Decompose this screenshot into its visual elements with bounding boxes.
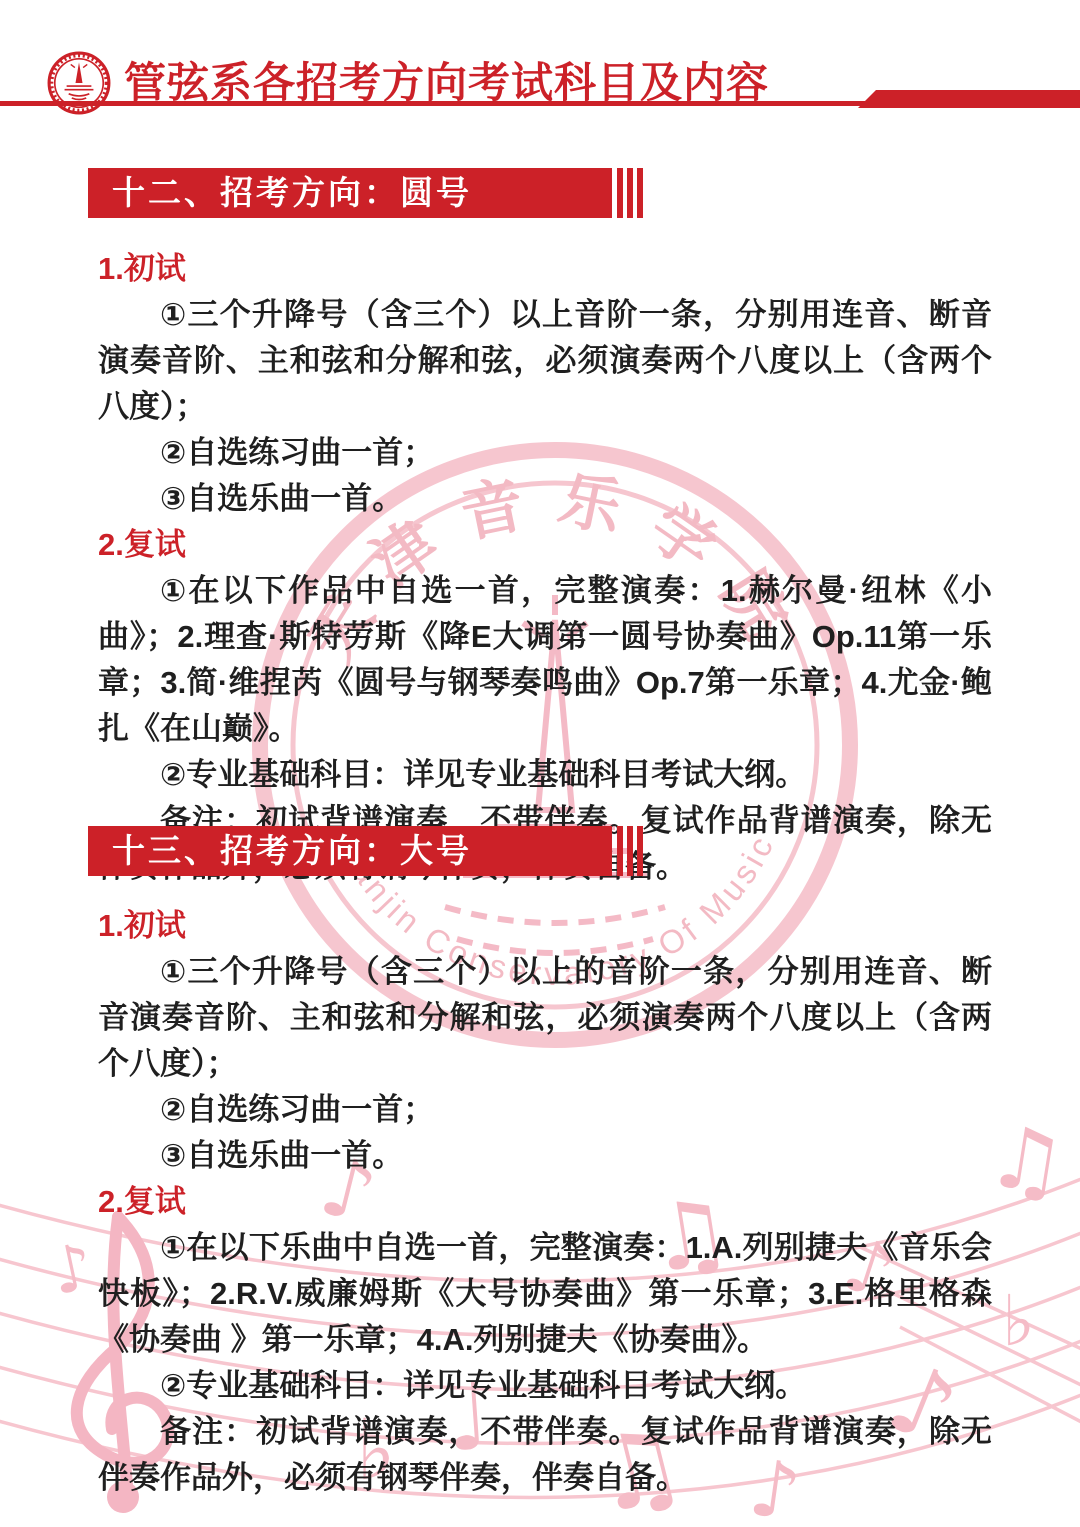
remark-note: 备注：初试背谱演奏，不带伴奏。复试作品背谱演奏，除无伴奏作品外，必须有钢琴伴奏，… — [98, 1409, 992, 1501]
banner-stripes — [617, 826, 647, 876]
section-13-banner: 十三、招考方向：大号 — [88, 826, 647, 876]
section-12-banner-title: 十二、招考方向：圆号 — [88, 168, 612, 218]
round-2-heading: 2.复试 — [98, 1179, 992, 1225]
banner-stripes — [617, 168, 647, 218]
header-rule — [0, 101, 876, 106]
round-2-heading: 2.复试 — [98, 522, 992, 568]
exam-item: ②自选练习曲一首； — [98, 430, 992, 476]
document-page: 天津音乐学院 Tianjin Conservatory Of Music ♪ ♫… — [0, 0, 1080, 1527]
flat-sign-icon: ♭ — [1002, 1286, 1035, 1356]
exam-item: ①三个升降号（含三个）以上音阶一条，分别用连音、断音演奏音阶、主和弦和分解和弦，… — [98, 292, 992, 430]
beamed-notes-icon: ♫ — [982, 1112, 1072, 1209]
exam-item: ①在以下乐曲中自选一首，完整演奏：1.A.列别捷夫《音乐会快板》；2.R.V.威… — [98, 1225, 992, 1363]
exam-item: ①三个升降号（含三个）以上的音阶一条，分别用连音、断音演奏音阶、主和弦和分解和弦… — [98, 949, 992, 1087]
round-1-heading: 1.初试 — [98, 246, 992, 292]
exam-item: ①在以下作品中自选一首，完整演奏：1.赫尔曼·纽林《小曲》；2.理查·斯特劳斯《… — [98, 568, 992, 752]
section-12-body: 1.初试 ①三个升降号（含三个）以上音阶一条，分别用连音、断音演奏音阶、主和弦和… — [98, 246, 992, 890]
round-1-heading: 1.初试 — [98, 903, 992, 949]
exam-item: ②自选练习曲一首； — [98, 1087, 992, 1133]
exam-item: ③自选乐曲一首。 — [98, 476, 992, 522]
conservatory-logo-icon — [46, 50, 112, 116]
exam-item: ②专业基础科目：详见专业基础科目考试大纲。 — [98, 1363, 992, 1409]
header-flag-shape — [858, 90, 1080, 108]
section-13-body: 1.初试 ①三个升降号（含三个）以上的音阶一条，分别用连音、断音演奏音阶、主和弦… — [98, 903, 992, 1501]
exam-item: ②专业基础科目：详见专业基础科目考试大纲。 — [98, 752, 992, 798]
exam-item: ③自选乐曲一首。 — [98, 1133, 992, 1179]
section-12-banner: 十二、招考方向：圆号 — [88, 168, 647, 218]
section-13-banner-title: 十三、招考方向：大号 — [88, 826, 612, 876]
